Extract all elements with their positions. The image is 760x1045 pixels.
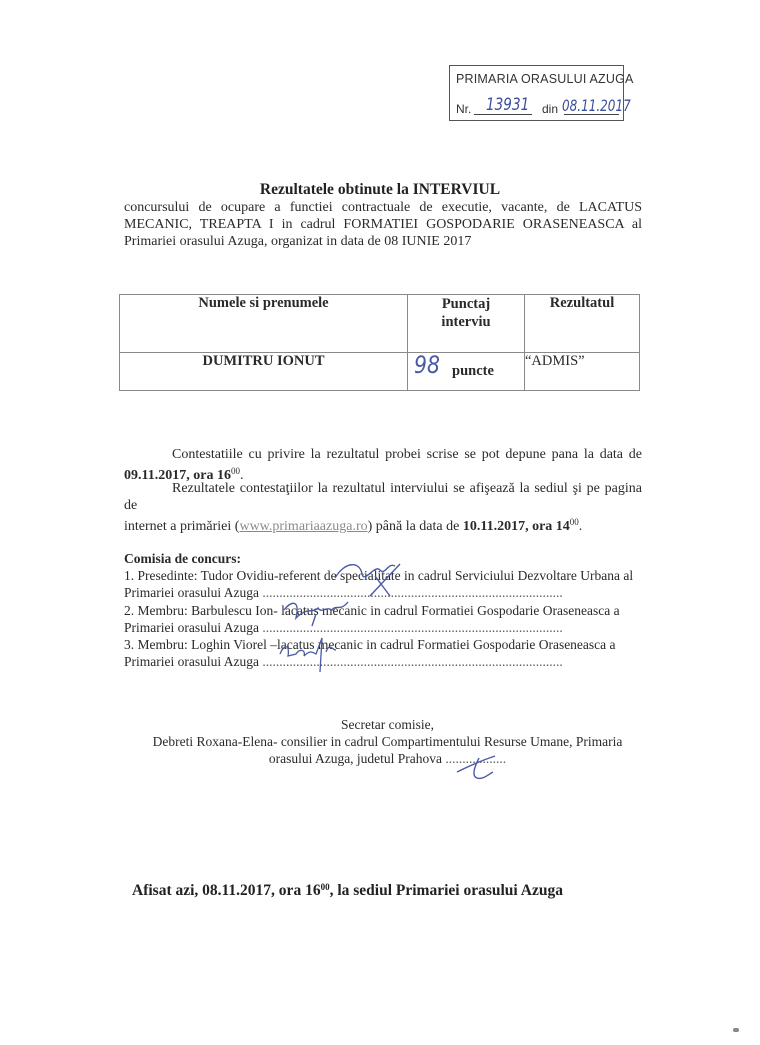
contestations-deadline-minutes: 00	[231, 466, 240, 476]
results-table: Numele si prenumele Punctaj interviu Rez…	[119, 294, 640, 391]
contestations-results-paragraph: Rezultatele contestaţiilor la rezultatul…	[124, 480, 642, 535]
member-2-role: 2. Membru: Barbulescu Ion- lacatus mecan…	[124, 602, 664, 619]
score-unit: puncte	[452, 363, 494, 380]
member-3-role: 3. Membru: Loghin Viorel –lacatus mecani…	[124, 636, 664, 653]
document-title: Rezultatele obtinute la INTERVIUL	[0, 181, 760, 199]
table-row: DUMITRU IONUT 98 puncte “ADMIS”	[120, 353, 640, 391]
candidate-score-cell: 98 puncte	[408, 353, 525, 391]
secretary-institution: orasului Azuga, judetul Prahova	[269, 751, 446, 766]
candidate-name: DUMITRU IONUT	[120, 353, 408, 391]
stamp-title: PRIMARIA ORASULUI AZUGA	[456, 72, 634, 86]
contestations-results-deadline-minutes: 00	[570, 517, 579, 527]
contestations-deadline-paragraph: Contestatiile cu privire la rezultatul p…	[124, 446, 642, 484]
contestations-results-text-c: ) până la data de	[368, 519, 463, 534]
committee-member-2: 2. Membru: Barbulescu Ion- lacatus mecan…	[124, 602, 664, 636]
posting-notice-minutes: 00	[321, 882, 330, 892]
committee-member-3: 3. Membru: Loghin Viorel –lacatus mecani…	[124, 636, 664, 670]
signature-member3-icon	[276, 628, 356, 678]
posting-notice-text-a: Afisat azi, 08.11.2017, ora 16	[132, 882, 321, 899]
stamp-registration-date: 08.11.2017	[562, 96, 631, 115]
secretary-title: Secretar comisie,	[120, 716, 655, 733]
table-header-row: Numele si prenumele Punctaj interviu Rez…	[120, 295, 640, 353]
signature-secretary-icon	[455, 752, 505, 782]
secretary-section: Secretar comisie, Debreti Roxana-Elena- …	[120, 716, 655, 767]
stamp-din-label: din	[542, 102, 558, 116]
contestations-results-deadline: 10.11.2017, ora 14	[463, 519, 570, 534]
contestations-results-text: Rezultatele contestaţiilor la rezultatul…	[124, 480, 642, 514]
stamp-number-row: Nr. 13931 din 08.11.2017	[456, 92, 621, 118]
header-name: Numele si prenumele	[120, 295, 408, 353]
secretary-name-role: Debreti Roxana-Elena- consilier in cadru…	[120, 733, 655, 750]
header-score-line1: Punctaj	[442, 296, 490, 312]
intro-line-1: concursului de ocupare a functiei contra…	[124, 199, 642, 216]
member-2-institution: Primariei orasului Azuga	[124, 620, 262, 635]
header-score: Punctaj interviu	[408, 295, 525, 353]
candidate-result: “ADMIS”	[525, 353, 640, 391]
website-link[interactable]: www.primariaazuga.ro	[239, 519, 367, 534]
signature-member2-icon	[282, 596, 362, 628]
posting-notice: Afisat azi, 08.11.2017, ora 1600, la sed…	[132, 882, 563, 900]
document-intro: concursului de ocupare a functiei contra…	[124, 199, 642, 250]
intro-line-3: Primariei orasului Azuga, organizat in d…	[124, 233, 642, 250]
stamp-registration-number: 13931	[486, 95, 529, 115]
contestations-text: Contestatiile cu privire la rezultatul p…	[124, 446, 642, 463]
handwritten-score: 98	[414, 351, 440, 379]
header-score-line2: interviu	[441, 314, 490, 330]
header-result: Rezultatul	[525, 295, 640, 353]
scan-speck	[733, 1028, 739, 1032]
stamp-nr-label: Nr.	[456, 102, 471, 116]
contestations-results-text-b: internet a primăriei (	[124, 519, 239, 534]
member-1-institution: Primariei orasului Azuga	[124, 585, 262, 600]
intro-line-2: MECANIC, TREAPTA I in cadrul FORMATIEI G…	[124, 216, 642, 233]
registration-stamp: PRIMARIA ORASULUI AZUGA Nr. 13931 din 08…	[449, 65, 624, 121]
posting-notice-text-b: , la sediul Primariei orasului Azuga	[330, 882, 563, 899]
member-3-institution: Primariei orasului Azuga	[124, 654, 262, 669]
